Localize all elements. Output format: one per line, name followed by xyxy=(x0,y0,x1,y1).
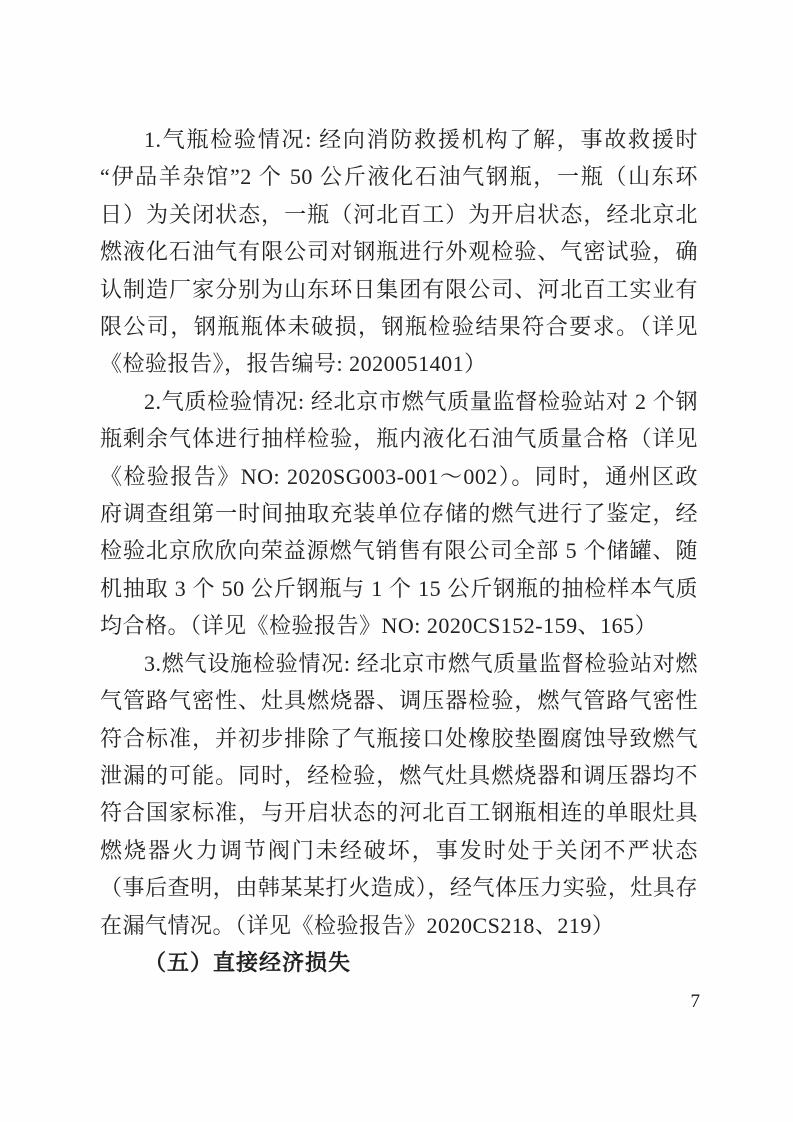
paragraph-gas-facility-inspection: 3.燃气设施检验情况: 经北京市燃气质量监督检验站对燃气管路气密性、灶具燃烧器、… xyxy=(100,645,698,944)
document-page: 1.气瓶检验情况: 经向消防救援机构了解，事故救援时“伊品羊杂馆”2 个 50 … xyxy=(0,0,793,1122)
paragraph-cylinder-inspection: 1.气瓶检验情况: 经向消防救援机构了解，事故救援时“伊品羊杂馆”2 个 50 … xyxy=(100,121,698,383)
document-body: 1.气瓶检验情况: 经向消防救援机构了解，事故救援时“伊品羊杂馆”2 个 50 … xyxy=(100,121,698,981)
section-heading-direct-economic-loss: （五）直接经济损失 xyxy=(100,944,698,981)
page-number: 7 xyxy=(691,990,701,1014)
paragraph-gas-quality-inspection: 2.气质检验情况: 经北京市燃气质量监督检验站对 2 个钢瓶剩余气体进行抽样检验… xyxy=(100,383,698,645)
